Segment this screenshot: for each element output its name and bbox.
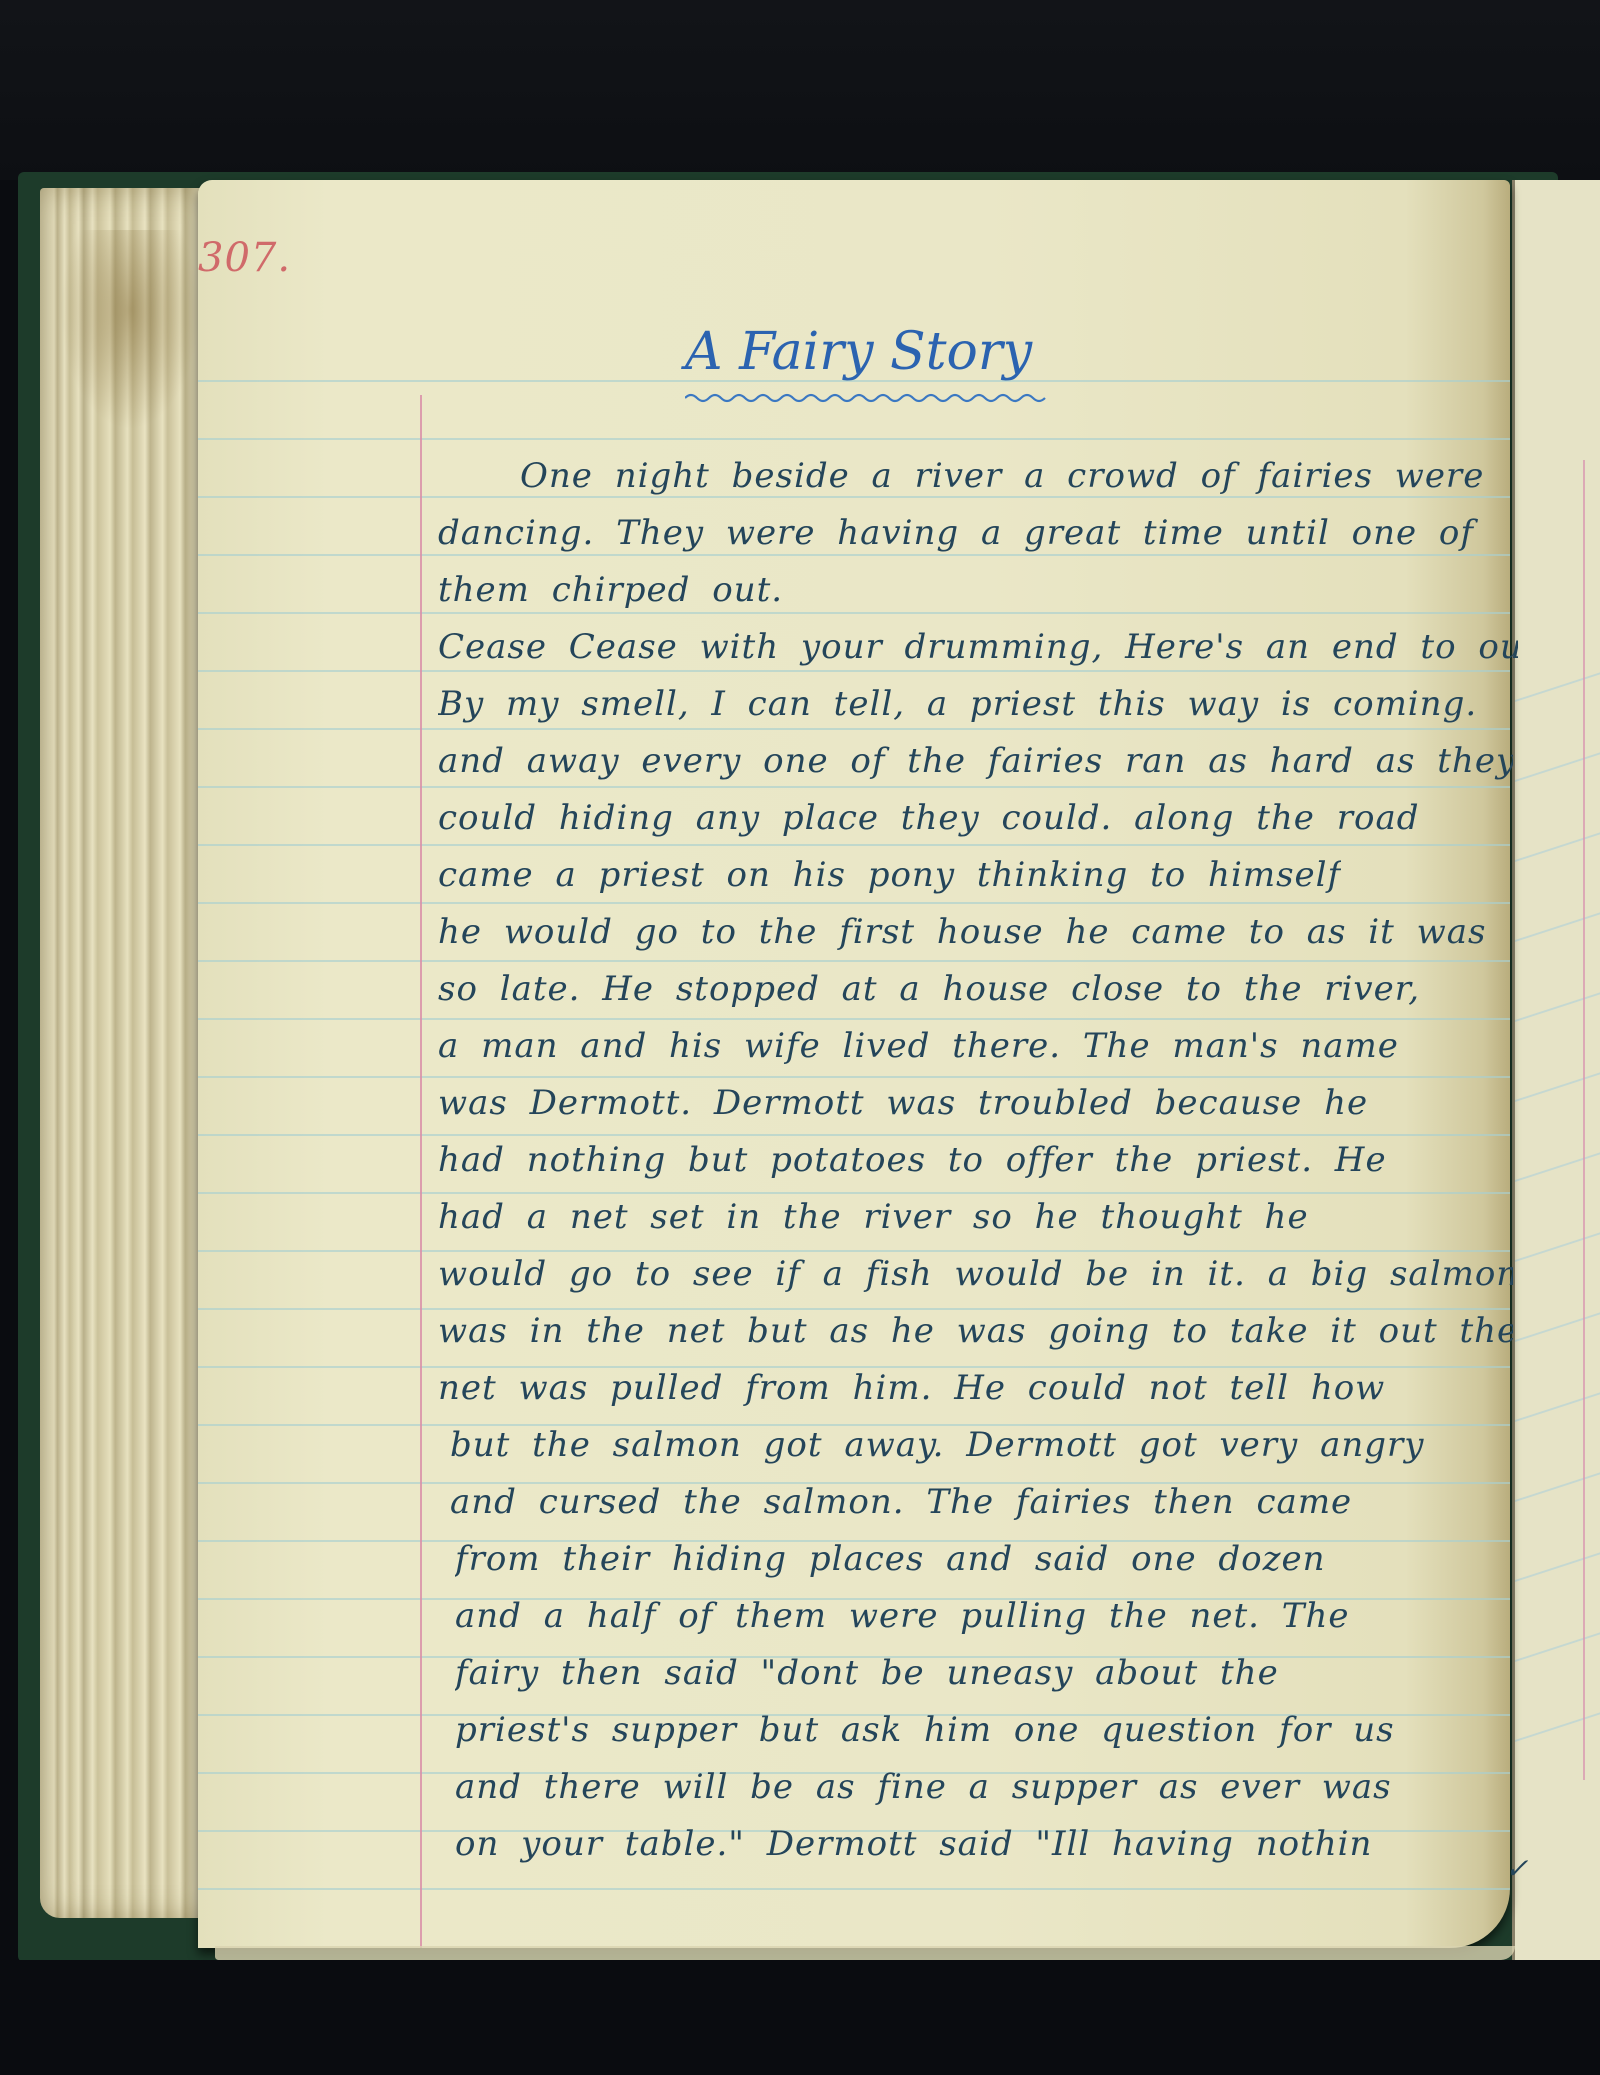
page-bottom-edge bbox=[215, 1946, 1515, 1960]
ruled-line bbox=[198, 438, 1510, 440]
ruled-line bbox=[1515, 831, 1600, 862]
ruled-line bbox=[198, 554, 1510, 556]
ruled-line bbox=[1515, 1071, 1600, 1102]
ruled-line bbox=[198, 670, 1510, 672]
ruled-line bbox=[198, 1250, 1510, 1252]
ruled-line bbox=[1515, 1471, 1600, 1502]
ruled-line bbox=[198, 786, 1510, 788]
text-line: on your table." Dermott said "Ill having… bbox=[455, 1824, 1515, 1864]
text-line: Cease Cease with your drumming, Here's a… bbox=[438, 627, 1518, 667]
text-line: and cursed the salmon. The fairies then … bbox=[450, 1482, 1510, 1522]
text-line: so late. He stopped at a house close to … bbox=[438, 969, 1513, 1009]
wavy-underline-icon bbox=[685, 392, 1050, 404]
ruled-line bbox=[1515, 1631, 1600, 1662]
ruled-line bbox=[198, 612, 1510, 614]
text-line: priest's supper but ask him one question… bbox=[455, 1710, 1515, 1750]
ruled-line bbox=[198, 496, 1510, 498]
ruled-line bbox=[1515, 991, 1600, 1022]
text-line: was in the net but as he was going to ta… bbox=[438, 1311, 1513, 1351]
text-line: he would go to the first house he came t… bbox=[438, 912, 1513, 952]
ruled-line bbox=[1515, 671, 1600, 702]
ruled-line bbox=[198, 1018, 1510, 1020]
background-top bbox=[0, 0, 1600, 180]
text-line: came a priest on his pony thinking to hi… bbox=[438, 855, 1341, 895]
ruled-line bbox=[198, 1192, 1510, 1194]
text-line: and away every one of the fairies ran as… bbox=[438, 741, 1513, 781]
page-edge-stain bbox=[60, 230, 200, 430]
ruled-line bbox=[198, 1888, 1510, 1890]
page-edge-stack bbox=[40, 188, 215, 1918]
ruled-line bbox=[1515, 751, 1600, 782]
text-line: and there will be as fine a supper as ev… bbox=[455, 1767, 1515, 1807]
text-line: dancing. They were having a great time u… bbox=[438, 513, 1523, 553]
facing-margin-line bbox=[1583, 460, 1585, 1780]
ruled-line bbox=[1515, 1311, 1600, 1342]
text-line: could hiding any place they could. along… bbox=[438, 798, 1513, 838]
ruled-line bbox=[198, 902, 1510, 904]
page-number: 307. bbox=[198, 235, 291, 281]
text-line: One night beside a river a crowd of fair… bbox=[520, 456, 1484, 496]
ruled-line bbox=[198, 728, 1510, 730]
ruled-line bbox=[1515, 1231, 1600, 1262]
text-line: from their hiding places and said one do… bbox=[455, 1539, 1326, 1579]
ruled-line bbox=[198, 1076, 1510, 1078]
ruled-line bbox=[198, 960, 1510, 962]
ruled-line bbox=[198, 1308, 1510, 1310]
ruled-line bbox=[198, 1134, 1510, 1136]
text-line: but the salmon got away. Dermott got ver… bbox=[450, 1425, 1515, 1465]
ruled-line bbox=[1515, 1711, 1600, 1742]
text-line: net was pulled from him. He could not te… bbox=[438, 1368, 1513, 1408]
text-line: was Dermott. Dermott was troubled becaus… bbox=[438, 1083, 1368, 1123]
facing-page-edge bbox=[1512, 180, 1600, 2000]
ruled-line bbox=[1515, 1151, 1600, 1182]
text-line: would go to see if a fish would be in it… bbox=[438, 1254, 1513, 1294]
page-title: A Fairy Story bbox=[685, 322, 1032, 382]
ruled-line bbox=[1515, 1551, 1600, 1582]
background-bottom bbox=[0, 1960, 1600, 2075]
ruled-line bbox=[1515, 1391, 1600, 1422]
text-line: fairy then said "dont be uneasy about th… bbox=[455, 1653, 1279, 1693]
text-line: and a half of them were pulling the net.… bbox=[455, 1596, 1515, 1636]
text-line: had a net set in the river so he thought… bbox=[438, 1197, 1309, 1237]
text-line: a man and his wife lived there. The man'… bbox=[438, 1026, 1513, 1066]
ruled-line bbox=[198, 844, 1510, 846]
text-line: had nothing but potatoes to offer the pr… bbox=[438, 1140, 1513, 1180]
ruled-line bbox=[1515, 911, 1600, 942]
checkmark-icon: ✓ bbox=[1505, 1852, 1528, 1885]
text-line: them chirped out. bbox=[438, 570, 783, 610]
text-line: By my smell, I can tell, a priest this w… bbox=[438, 684, 1477, 724]
margin-line bbox=[420, 395, 422, 1948]
